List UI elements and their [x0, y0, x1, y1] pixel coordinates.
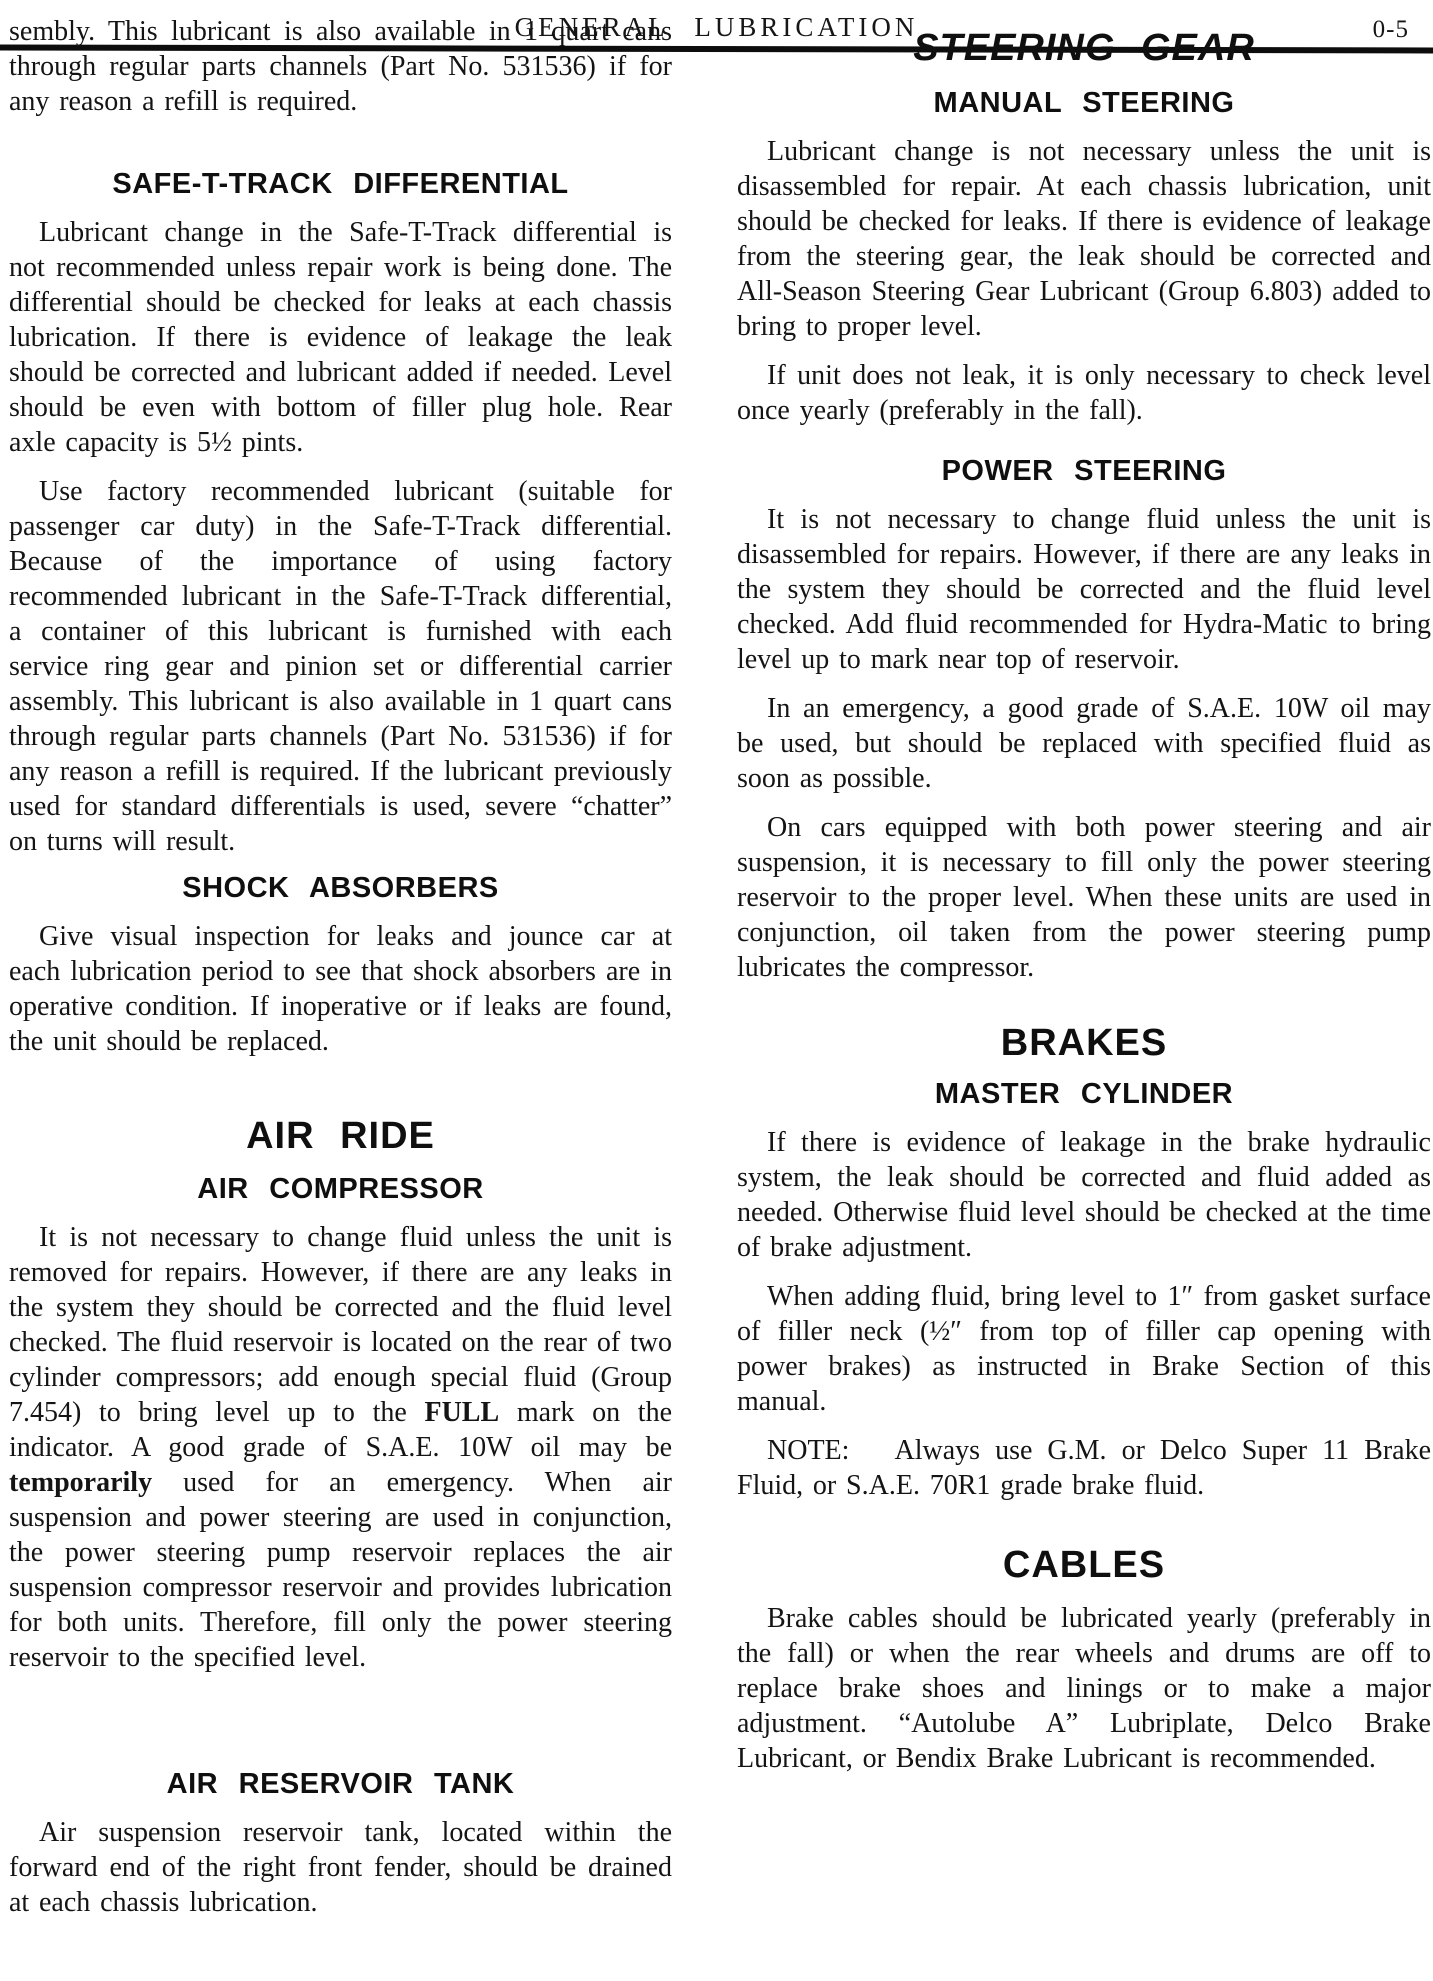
master-cylinder-paragraph-1: If there is evidence of leakage in the b… [737, 1125, 1431, 1265]
heading-cables: CABLES [737, 1543, 1431, 1587]
cables-paragraph: Brake cables should be lubricated yearly… [737, 1601, 1431, 1776]
master-cylinder-note-paragraph: NOTE: Always use G.M. or Delco Super 11 … [737, 1433, 1431, 1503]
power-steering-paragraph-1: It is not necessary to change fluid unle… [737, 502, 1431, 677]
heading-brakes: BRAKES [737, 1021, 1431, 1065]
heading-shock-absorbers: SHOCK ABSORBERS [9, 871, 672, 905]
air-reservoir-tank-paragraph: Air suspension reservoir tank, located w… [9, 1815, 672, 1920]
safe-t-track-paragraph-2: Use factory recommended lubricant (suita… [9, 474, 672, 859]
manual-steering-paragraph-2: If unit does not leak, it is only necess… [737, 358, 1431, 428]
master-cylinder-paragraph-2: When adding fluid, bring level to 1″ fro… [737, 1279, 1431, 1419]
heading-air-ride: AIR RIDE [9, 1114, 672, 1158]
power-steering-paragraph-2: In an emergency, a good grade of S.A.E. … [737, 691, 1431, 796]
heading-steering-gear: STEERING GEAR [737, 26, 1431, 70]
heading-air-compressor: AIR COMPRESSOR [9, 1172, 672, 1206]
safe-t-track-paragraph-1: Lubricant change in the Safe-T-Track dif… [9, 215, 672, 460]
power-steering-paragraph-3: On cars equipped with both power steerin… [737, 810, 1431, 985]
heading-safe-t-track-differential: SAFE-T-TRACK DIFFERENTIAL [9, 167, 672, 201]
heading-air-reservoir-tank: AIR RESERVOIR TANK [9, 1767, 672, 1801]
heading-master-cylinder: MASTER CYLINDER [737, 1077, 1431, 1111]
manual-page: GENERAL LUBRICATION 0-5 sembly. This lub… [0, 0, 1433, 1981]
right-column: STEERING GEAR MANUAL STEERING Lubricant … [737, 0, 1431, 1776]
heading-manual-steering: MANUAL STEERING [737, 86, 1431, 120]
air-compressor-paragraph: It is not necessary to change fluid unle… [9, 1220, 672, 1675]
manual-steering-paragraph-1: Lubricant change is not necessary unless… [737, 134, 1431, 344]
shock-absorbers-paragraph: Give visual inspection for leaks and jou… [9, 919, 672, 1059]
left-column: sembly. This lubricant is also available… [9, 0, 672, 1920]
intro-continuation-paragraph: sembly. This lubricant is also available… [9, 14, 672, 119]
heading-power-steering: POWER STEERING [737, 454, 1431, 488]
